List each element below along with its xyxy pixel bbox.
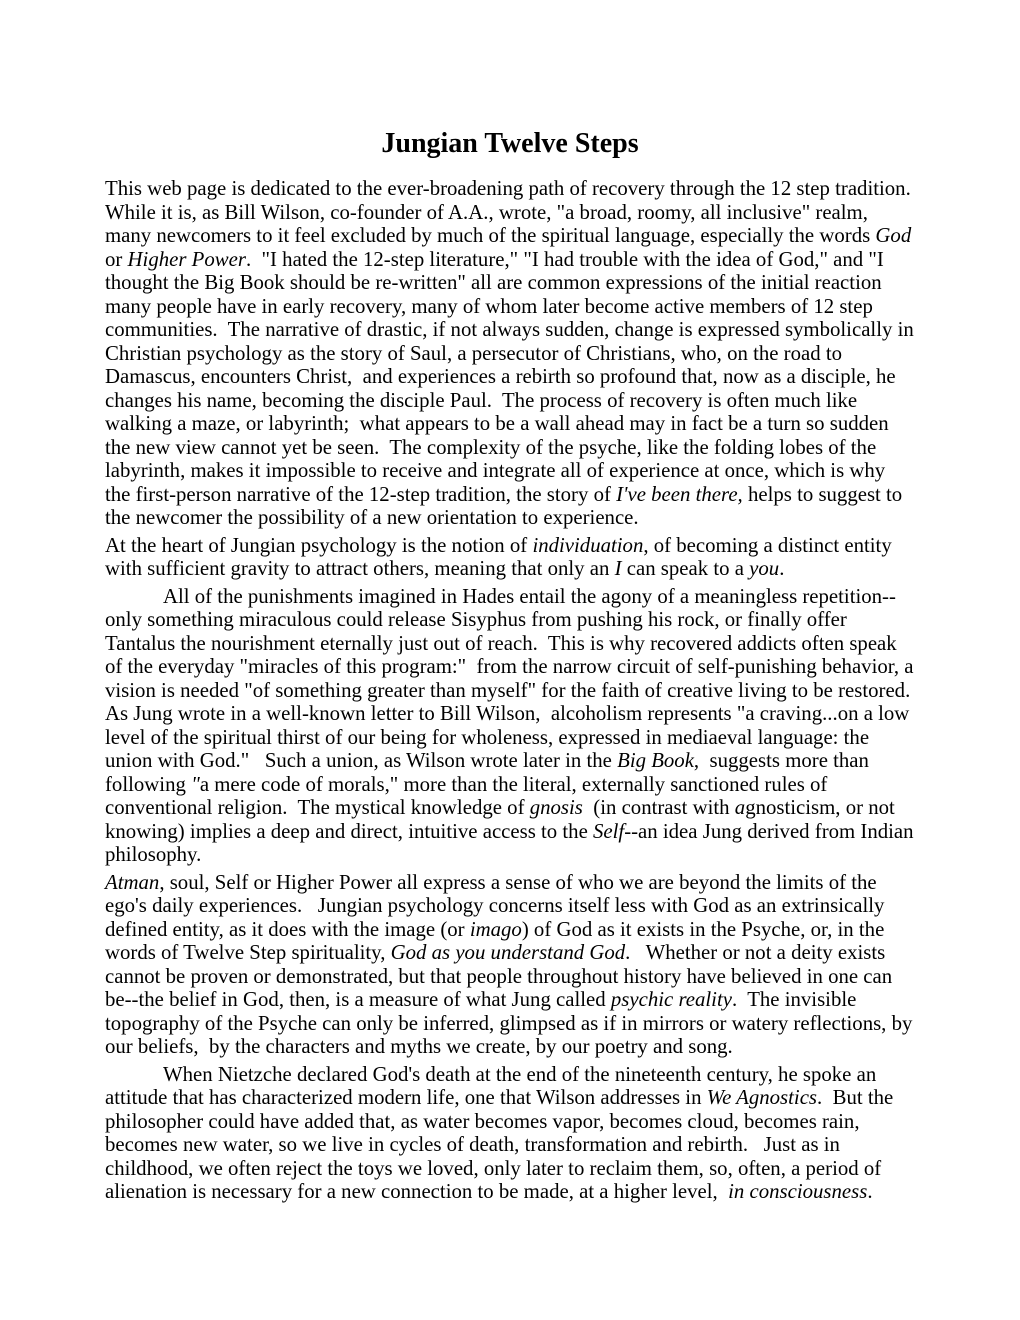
italic-run: " (191, 773, 200, 796)
italic-run: Higher Power (128, 248, 246, 271)
text-run: At the heart of Jungian psychology is th… (105, 534, 532, 557)
italic-run: psychic reality (611, 988, 732, 1011)
italic-run: Big Book (617, 749, 694, 772)
italic-run: Atman (105, 871, 159, 894)
italic-run: imago (470, 918, 522, 941)
italic-run: I've been there, (616, 483, 743, 506)
paragraph: When Nietzche declared God's death at th… (105, 1063, 915, 1204)
italic-run: Self (593, 820, 624, 843)
paragraph: Atman, soul, Self or Higher Power all ex… (105, 871, 915, 1059)
text-run: . "I hated the 12-step literature," "I h… (105, 248, 924, 506)
document-page: Jungian Twelve Steps This web page is de… (0, 0, 1020, 1320)
italic-run: I (615, 557, 622, 580)
text-run: (in contrast with (583, 796, 735, 819)
italic-run: God (875, 224, 911, 247)
text-run: can speak to a (622, 557, 750, 580)
document-body: This web page is dedicated to the ever-b… (105, 177, 915, 1204)
text-run: . (779, 557, 784, 580)
italic-run: a (735, 796, 745, 819)
text-run: . (867, 1180, 872, 1203)
paragraph: All of the punishments imagined in Hades… (105, 585, 915, 867)
italic-run: you (749, 557, 779, 580)
paragraph: This web page is dedicated to the ever-b… (105, 177, 915, 530)
italic-run: gnosis (530, 796, 583, 819)
text-run: All of the punishments imagined in Hades… (105, 585, 920, 773)
italic-run: individuation (532, 534, 643, 557)
paragraph: At the heart of Jungian psychology is th… (105, 534, 915, 581)
italic-run: in consciousness (728, 1180, 867, 1203)
italic-run: We Agnostics (707, 1086, 817, 1109)
text-run: This web page is dedicated to the ever-b… (105, 177, 921, 247)
italic-run: God as you understand God (391, 941, 626, 964)
page-title: Jungian Twelve Steps (105, 126, 915, 162)
